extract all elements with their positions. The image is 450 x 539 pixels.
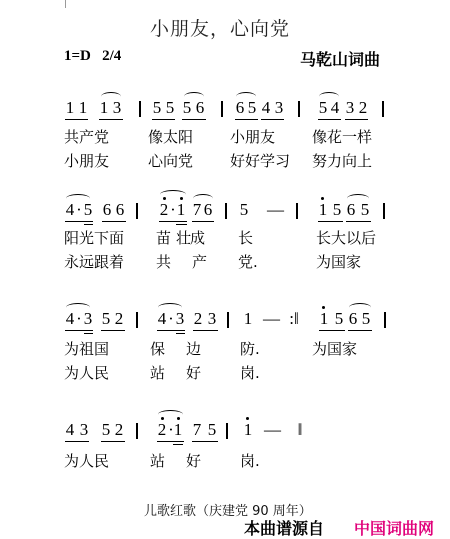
note: 5: [360, 309, 372, 329]
note: 6: [347, 309, 359, 329]
sixteenth-underline: [84, 333, 93, 334]
eighth-underline: [319, 330, 345, 331]
slur-arc: [158, 410, 183, 419]
high-octave-dot: [322, 306, 325, 309]
note: 1: [77, 98, 89, 118]
note: 5: [82, 200, 94, 220]
lyrics-line-2-verse-1: 阳光下面 苗 壮 成 长 长大以后: [64, 227, 404, 245]
dash: —: [267, 200, 283, 220]
key-signature: 1=D: [64, 48, 91, 64]
sixteenth-underline: [84, 224, 93, 225]
note: 1: [64, 98, 76, 118]
eighth-underline: [65, 330, 93, 331]
eighth-underline: [102, 221, 126, 222]
barline: [227, 312, 229, 328]
note: 5: [100, 420, 112, 440]
eighth-underline: [99, 119, 123, 120]
eighth-underline: [345, 119, 368, 120]
source-site-link[interactable]: 中国词曲网: [354, 516, 434, 539]
note: 6: [101, 200, 113, 220]
note: 5: [164, 98, 176, 118]
note: 3: [111, 98, 123, 118]
note: 6: [345, 200, 357, 220]
high-octave-dot: [321, 197, 324, 200]
eighth-underline: [157, 330, 185, 331]
note: 5: [100, 309, 112, 329]
note: 4: [64, 420, 76, 440]
eighth-underline: [318, 119, 341, 120]
eighth-underline: [65, 441, 89, 442]
note: 6: [114, 200, 126, 220]
barline: [136, 423, 138, 439]
dash: —: [263, 309, 279, 329]
score-line-3: 4 · 3 5 2 4 · 3 2 3 1 — :‖ 1 5 6 5: [64, 309, 404, 333]
note: 3: [344, 98, 356, 118]
barline: [384, 312, 386, 328]
note: 6: [202, 200, 214, 220]
eighth-underline: [192, 441, 218, 442]
song-title: 小朋友，心向党: [150, 14, 290, 41]
note: 5: [331, 200, 343, 220]
note: 1: [175, 200, 187, 220]
eighth-underline: [318, 221, 343, 222]
eighth-underline: [235, 119, 258, 120]
barline: [225, 203, 227, 219]
barline: [136, 203, 138, 219]
note: 1: [317, 200, 329, 220]
note: 5: [151, 98, 163, 118]
note: 5: [206, 420, 218, 440]
key-and-time-signature: 1=D 2/4: [64, 48, 121, 65]
slur-arc: [66, 194, 90, 203]
eighth-underline: [152, 119, 175, 120]
note: 5: [238, 200, 250, 220]
note: 1: [242, 309, 254, 329]
note: 2: [357, 98, 369, 118]
time-signature: 2/4: [102, 48, 121, 64]
slur-arc: [160, 190, 186, 199]
barline: [139, 101, 141, 117]
barline: [298, 101, 300, 117]
eighth-underline: [193, 330, 218, 331]
score-line-2: 4 · 5 6 6 2 · 1 7 6 5 — 1 5 6 5: [64, 200, 404, 224]
eighth-underline: [101, 330, 125, 331]
eighth-underline: [159, 221, 187, 222]
composer-credit: 马乾山词曲: [300, 47, 380, 70]
note: 1: [242, 420, 254, 440]
note: 7: [191, 420, 203, 440]
sixteenth-underline: [173, 444, 183, 445]
lyrics-line-4-verse-1: 为人民 站 好 岗.: [64, 450, 404, 468]
repeat-end-barline: :‖: [286, 309, 302, 329]
eighth-underline: [348, 330, 372, 331]
eighth-underline: [157, 441, 184, 442]
note: 3: [273, 98, 285, 118]
eighth-underline: [192, 221, 214, 222]
score-line-4: 4 3 5 2 2 · 1 7 5 1 — ‖: [64, 420, 404, 444]
barline: [221, 101, 223, 117]
note: 5: [181, 98, 193, 118]
final-barline: ‖: [293, 420, 307, 440]
text-cursor: [65, 0, 66, 8]
lyrics-line-1-verse-2: 小朋友 心向党 好好学习 努力向上: [64, 150, 404, 168]
source-label: 本曲谱源自: [244, 516, 324, 539]
note: 1: [98, 98, 110, 118]
note: 3: [78, 420, 90, 440]
note: 6: [234, 98, 246, 118]
eighth-underline: [101, 441, 125, 442]
note: 2: [113, 420, 125, 440]
eighth-underline: [346, 221, 371, 222]
barline: [226, 423, 228, 439]
lyrics-line-1-verse-1: 共产党 像太阳 小朋友 像花一样: [64, 126, 404, 144]
note: 3: [206, 309, 218, 329]
slur-arc: [347, 194, 369, 203]
barline: [296, 203, 298, 219]
slur-arc: [236, 92, 256, 101]
barline: [382, 101, 384, 117]
slur-arc: [193, 194, 213, 203]
slur-arc: [66, 303, 90, 312]
high-octave-dot: [246, 417, 249, 420]
barline: [136, 312, 138, 328]
note: 1: [172, 420, 184, 440]
eighth-underline: [65, 119, 88, 120]
note: 5: [333, 309, 345, 329]
lyrics-line-3-verse-1: 为祖国 保 边 防. 为国家: [64, 338, 404, 356]
note: 2: [192, 309, 204, 329]
note: 5: [246, 98, 258, 118]
slur-arc: [184, 92, 204, 101]
eighth-underline: [261, 119, 284, 120]
note: 4: [260, 98, 272, 118]
note: 3: [174, 309, 186, 329]
note: 1: [318, 309, 330, 329]
slur-arc: [158, 303, 182, 312]
note: 3: [82, 309, 94, 329]
note: 5: [359, 200, 371, 220]
note: 5: [317, 98, 329, 118]
lyrics-line-3-verse-2: 为人民 站 好 岗.: [64, 362, 404, 380]
slur-arc: [349, 303, 371, 312]
barline: [383, 203, 385, 219]
score-line-1: 1 1 1 3 5 5 5 6 6 5 4 3 5 4 3 2: [64, 98, 404, 122]
sixteenth-underline: [176, 224, 187, 225]
slur-arc: [101, 92, 121, 101]
eighth-underline: [65, 221, 93, 222]
lyrics-line-2-verse-2: 永远跟着 共 产 党. 为国家: [64, 251, 404, 269]
note: 2: [113, 309, 125, 329]
note: 4: [329, 98, 341, 118]
sixteenth-underline: [176, 333, 185, 334]
eighth-underline: [182, 119, 206, 120]
note: 6: [194, 98, 206, 118]
slur-arc: [319, 92, 339, 101]
dash: —: [264, 420, 280, 440]
